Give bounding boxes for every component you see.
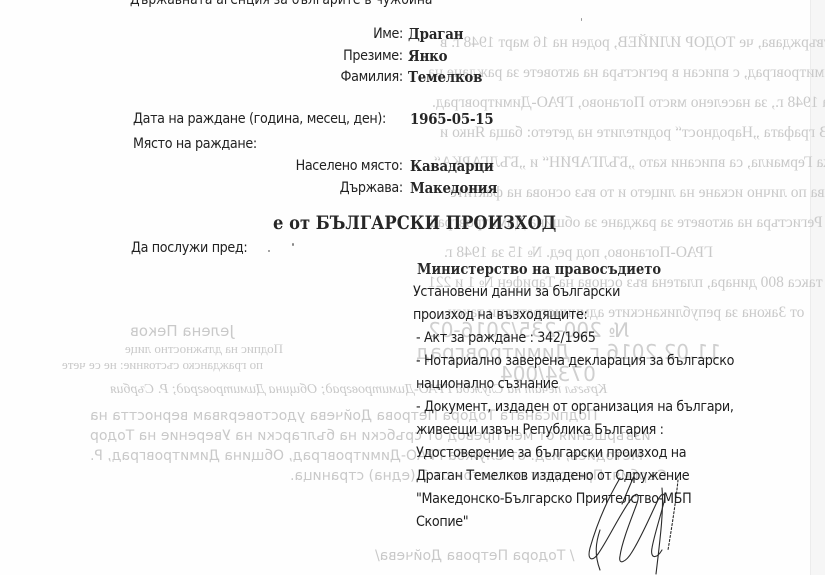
- settlement-label: Населено място:: [296, 158, 403, 174]
- settlement-value: Кавадарци: [410, 158, 494, 175]
- body-line: Удостоверение за български произход на: [416, 445, 686, 461]
- last-name-value: Темелков: [408, 69, 482, 86]
- scan-speck: [292, 243, 294, 246]
- country-label: Държава:: [340, 180, 403, 196]
- scan-speck: [581, 18, 582, 21]
- origin-heading: е от БЪЛГАРСКИ ПРОИЗХОД: [273, 212, 556, 234]
- scanned-document-page: с което потвърждава, че ТОДОР ИЛИЙЕВ, ро…: [0, 0, 825, 575]
- bleed-official-name: Јелена Пеков: [130, 322, 234, 340]
- body-line: национално съзнание: [416, 376, 558, 392]
- bleed-line: Драговата, община Димитровград, с вписан…: [428, 64, 825, 82]
- country-value: Македония: [410, 180, 497, 197]
- bleed-line: стр. 70, под ред. № 15 за 1948 г., за на…: [432, 94, 825, 112]
- first-name-label: Име:: [373, 26, 403, 42]
- bleed-official-sign: по гражданско състояние: не се чете: [62, 357, 263, 373]
- bleed-translator-name: / Тодора Петрова Дойчева/: [375, 548, 575, 564]
- serve-before-label: Да послужи пред:: [131, 240, 247, 256]
- bleed-line: ГРАО-Поганово, под ред. № 15 за 1948 г.: [444, 244, 713, 262]
- body-line: живеещи извън Република България :: [416, 422, 664, 438]
- birth-date-label: Дата на раждане (година, месец, ден):: [133, 111, 386, 127]
- body-line: - Документ, издаден от организация на бъ…: [416, 399, 734, 415]
- bleed-line: В графата „Народност“ родителите на дете…: [440, 124, 825, 142]
- birth-place-label: Място на раждане:: [133, 136, 257, 152]
- body-line: - Нотариално заверена декларация за бълг…: [416, 353, 734, 369]
- scan-speck: [268, 250, 270, 252]
- body-line: - Акт за раждане : 342/1965: [416, 330, 596, 346]
- middle-name-label: Презиме:: [343, 48, 403, 64]
- body-line: произход на възходящите:: [413, 307, 587, 323]
- body-line: Скопие": [416, 514, 468, 530]
- body-line: Установени данни за български: [413, 284, 620, 300]
- bleed-line: Уверението се издава по лично искане на …: [450, 184, 825, 202]
- handwritten-signature-icon: [560, 470, 710, 575]
- bleed-official-sign: Подпис на длъжностно лице: [125, 341, 283, 357]
- ministry-name: Министерство на правосъдието: [417, 261, 661, 278]
- last-name-label: Фамилия:: [341, 69, 403, 85]
- birth-date-value: 1965-05-15: [410, 111, 493, 128]
- top-cut-line: Държавната агенция за българите в чужбин…: [130, 0, 432, 8]
- first-name-value: Драган: [408, 26, 463, 43]
- bleed-line: с което потвърждава, че ТОДОР ИЛИЙЕВ, ро…: [440, 34, 825, 52]
- middle-name-value: Янко: [408, 48, 447, 65]
